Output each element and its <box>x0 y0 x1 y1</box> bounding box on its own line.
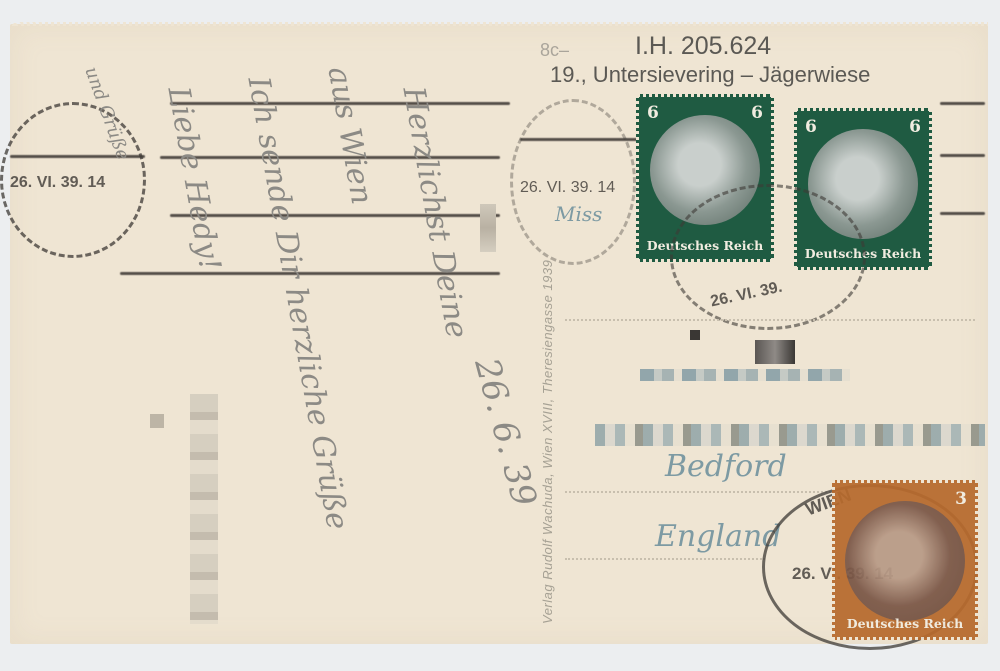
stamp-value: 3 <box>955 489 967 509</box>
message-date: 26. 6. 39 <box>466 354 544 511</box>
redacted-signature <box>190 394 218 624</box>
postmark-date: 26. VI. 39. 14 <box>10 174 105 192</box>
stamp-value: 6 <box>805 117 817 137</box>
address-city: Bedford <box>665 449 787 484</box>
cancel-line <box>940 154 985 157</box>
cancel-line <box>940 212 985 215</box>
sender-marking: Miss <box>555 202 602 226</box>
redacted-mark <box>690 330 700 340</box>
cancel-line <box>940 102 985 105</box>
postmark-under-stamps <box>670 184 866 330</box>
cancel-line <box>160 156 500 159</box>
portrait-medallion-icon <box>845 501 965 621</box>
address-country: England <box>655 519 781 554</box>
stamp-value: 6 <box>909 117 921 137</box>
redacted-mark <box>150 414 164 428</box>
redacted-mark <box>480 204 496 252</box>
publisher-imprint: Verlag Rudolf Wachuda, Wien XVIII, There… <box>540 260 555 624</box>
message-line: aus Wien <box>321 64 380 207</box>
catalog-number: I.H. 205.624 <box>635 32 771 61</box>
stamp-value: 6 <box>647 103 659 123</box>
redacted-mark <box>755 340 795 364</box>
postcard-back: 26. VI. 39. 14 26. VI. 39. 14 8c– I.H. 2… <box>10 24 988 644</box>
address-line <box>565 558 765 560</box>
message-line: Herzlichst Deine <box>396 84 475 341</box>
catalog-prefix: 8c– <box>540 40 569 61</box>
postmark-date: 26. VI. 39. 14 <box>520 179 615 197</box>
address-line <box>565 319 975 321</box>
redacted-recipient-name <box>640 369 850 381</box>
location-note: 19., Untersievering – Jägerwiese <box>550 62 870 88</box>
stamp-3pf: 3 Deutsches Reich <box>832 480 978 640</box>
address-line <box>565 491 835 493</box>
redacted-street <box>595 424 985 446</box>
stamp-value: 6 <box>751 103 763 123</box>
message-line: Liebe Hedy! <box>161 84 228 273</box>
stamp-country: Deutsches Reich <box>835 616 975 631</box>
